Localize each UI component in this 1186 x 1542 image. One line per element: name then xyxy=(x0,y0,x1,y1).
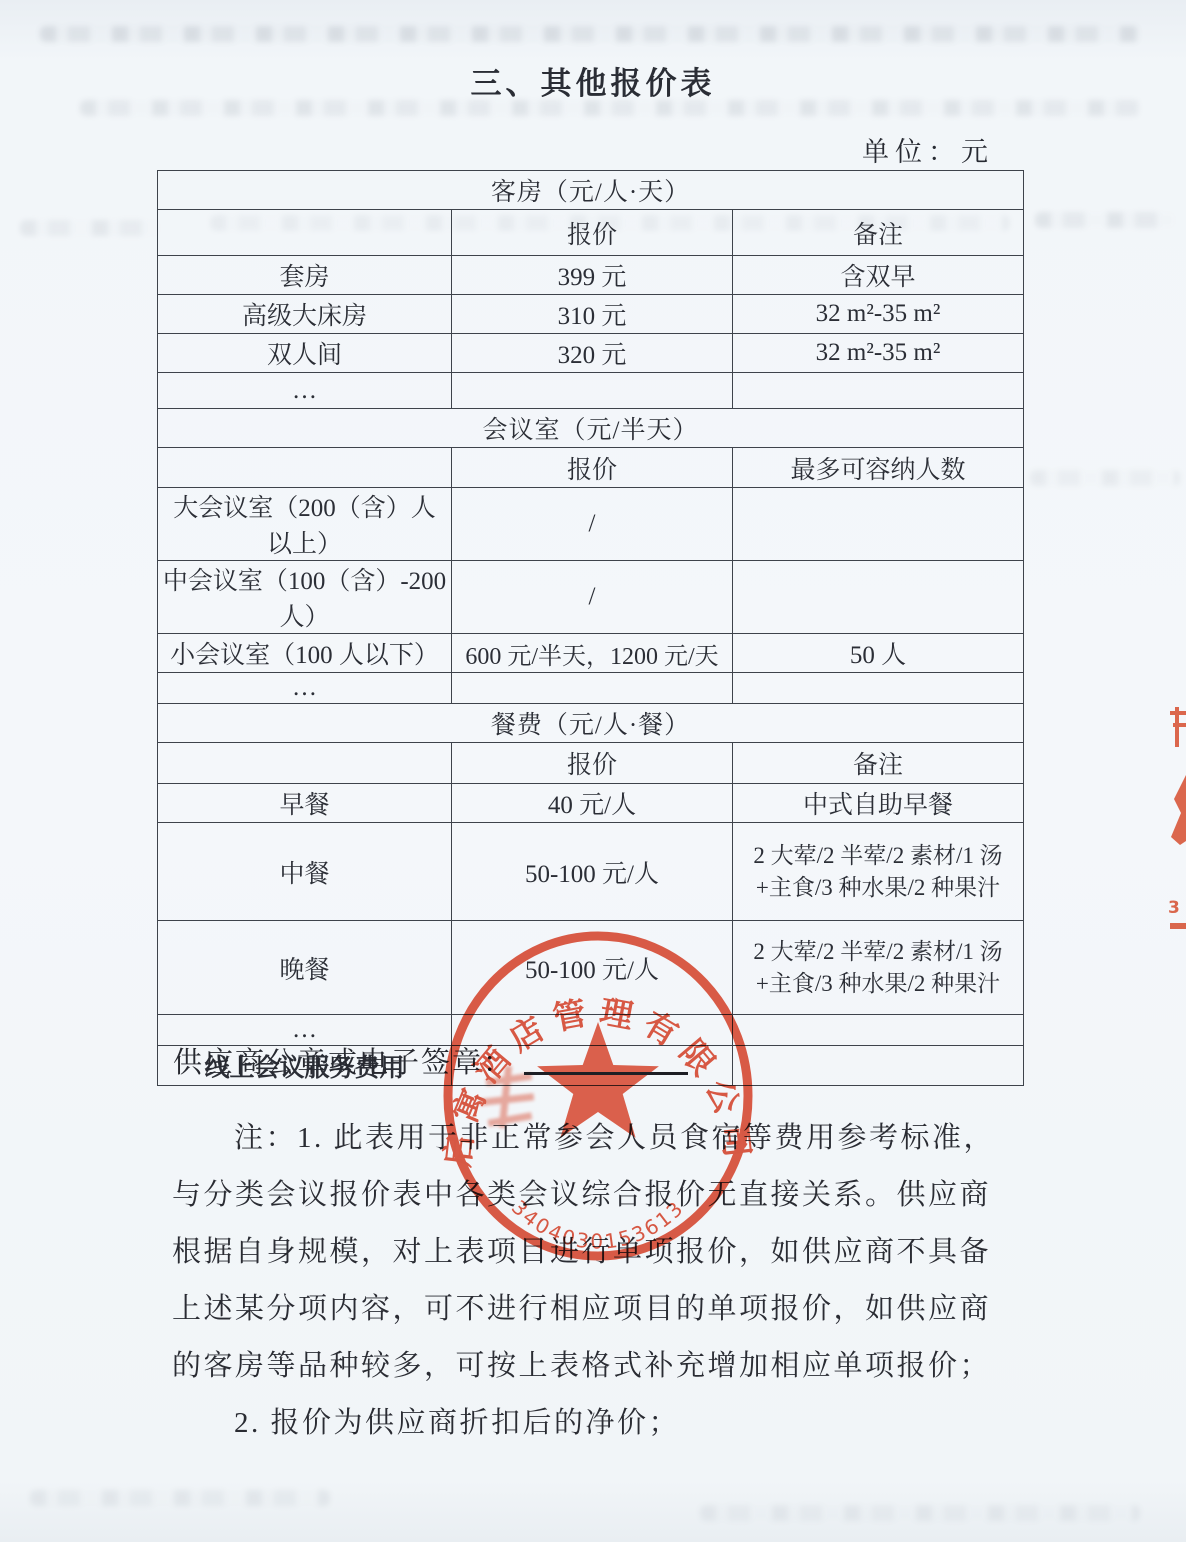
blank-cell xyxy=(158,743,452,784)
price-cell: 600 元/半天，1200 元/天 xyxy=(452,634,733,673)
seal-star-icon xyxy=(537,1022,659,1138)
blank-cell xyxy=(733,1015,1024,1046)
signature-blank-line xyxy=(524,1072,688,1075)
note-cell: 2 大荤/2 半荤/2 素材/1 汤+主食/3 种水果/2 种果汁 xyxy=(733,921,1024,1015)
page-title: 三、其他报价表 xyxy=(0,58,1186,103)
edge-stamp-digit: 3 xyxy=(1168,898,1180,918)
blank-cell xyxy=(158,448,452,488)
note-cell: 2 大荤/2 半荤/2 素材/1 汤+主食/3 种水果/2 种果汁 xyxy=(733,823,1024,921)
note-cell: 32 m²-35 m² xyxy=(733,334,1024,373)
bleed-through-artifact xyxy=(40,26,1140,42)
section-header-meals: 餐费（元/人·餐） xyxy=(158,704,1024,743)
note-cell xyxy=(733,488,1024,561)
note-cell: 含双早 xyxy=(733,256,1024,295)
edge-stamp-mark xyxy=(1170,923,1186,929)
price-cell: 50-100 元/人 xyxy=(452,823,733,921)
section-header-rooms: 客房（元/人·天） xyxy=(158,171,1024,210)
row-label: 晚餐 xyxy=(158,921,452,1015)
blank-cell xyxy=(158,210,452,256)
bleed-through-artifact xyxy=(700,1505,1140,1521)
table-row: 高级大床房 310 元 32 m²-35 m² xyxy=(158,295,1024,334)
price-cell: 310 元 xyxy=(452,295,733,334)
row-label: 高级大床房 xyxy=(158,295,452,334)
table-row: 中餐 50-100 元/人 2 大荤/2 半荤/2 素材/1 汤+主食/3 种水… xyxy=(158,823,1024,921)
price-cell: / xyxy=(452,561,733,634)
column-header-note: 备注 xyxy=(733,210,1024,256)
price-cell: 320 元 xyxy=(452,334,733,373)
bleed-through-artifact xyxy=(1030,470,1180,486)
scanned-document-page: 三、其他报价表 单位：元 客房（元/人·天） 报价 备注 套房 399 元 含双… xyxy=(0,0,1186,1542)
blank-cell xyxy=(452,373,733,409)
blank-cell xyxy=(452,673,733,704)
unit-label: 单位：元 xyxy=(862,130,994,169)
table-row: 套房 399 元 含双早 xyxy=(158,256,1024,295)
row-label: 双人间 xyxy=(158,334,452,373)
company-seal-stamp: 启寓酒店管理有限公司 3404030153613 xyxy=(428,926,768,1286)
ellipsis-cell: … xyxy=(158,673,452,704)
table-row: … xyxy=(158,373,1024,409)
row-label: 大会议室（200（含）人以上） xyxy=(158,488,452,561)
row-label: 套房 xyxy=(158,256,452,295)
bleed-through-artifact xyxy=(30,1490,330,1506)
column-header-price: 报价 xyxy=(452,448,733,488)
note-line: 上述某分项内容，可不进行相应项目的单项报价，如供应商 xyxy=(172,1281,1032,1338)
blank-cell xyxy=(733,1046,1024,1086)
edge-stamp-character-fragment xyxy=(1170,707,1186,747)
row-label: 中会议室（100（含）-200 人） xyxy=(158,561,452,634)
note-line: 的客房等品种较多，可按上表格式补充增加相应单项报价； xyxy=(172,1338,1032,1395)
note-cell: 50 人 xyxy=(733,634,1024,673)
note-line: 2. 报价为供应商折扣后的净价； xyxy=(172,1395,1032,1452)
table-row: 小会议室（100 人以下） 600 元/半天，1200 元/天 50 人 xyxy=(158,634,1024,673)
blank-cell xyxy=(733,373,1024,409)
table-row: 大会议室（200（含）人以上） / xyxy=(158,488,1024,561)
table-row: 双人间 320 元 32 m²-35 m² xyxy=(158,334,1024,373)
ellipsis-cell: … xyxy=(158,373,452,409)
note-cell: 中式自助早餐 xyxy=(733,784,1024,823)
column-header-capacity: 最多可容纳人数 xyxy=(733,448,1024,488)
column-header-note: 备注 xyxy=(733,743,1024,784)
price-cell: 399 元 xyxy=(452,256,733,295)
row-label: 小会议室（100 人以下） xyxy=(158,634,452,673)
note-cell xyxy=(733,561,1024,634)
column-header-price: 报价 xyxy=(452,210,733,256)
price-cell: 40 元/人 xyxy=(452,784,733,823)
section-header-meeting-rooms: 会议室（元/半天） xyxy=(158,409,1024,448)
price-cell: / xyxy=(452,488,733,561)
row-label: 早餐 xyxy=(158,784,452,823)
table-row: 中会议室（100（含）-200 人） / xyxy=(158,561,1024,634)
edge-stamp-star-fragment xyxy=(1171,775,1186,845)
column-header-price: 报价 xyxy=(452,743,733,784)
note-cell: 32 m²-35 m² xyxy=(733,295,1024,334)
table-row: 早餐 40 元/人 中式自助早餐 xyxy=(158,784,1024,823)
partial-stamp-right-edge: 3 xyxy=(1150,695,1186,945)
blank-cell xyxy=(733,673,1024,704)
row-label: 中餐 xyxy=(158,823,452,921)
bleed-through-artifact xyxy=(20,220,160,236)
bleed-through-artifact xyxy=(1035,212,1175,228)
table-row: … xyxy=(158,673,1024,704)
